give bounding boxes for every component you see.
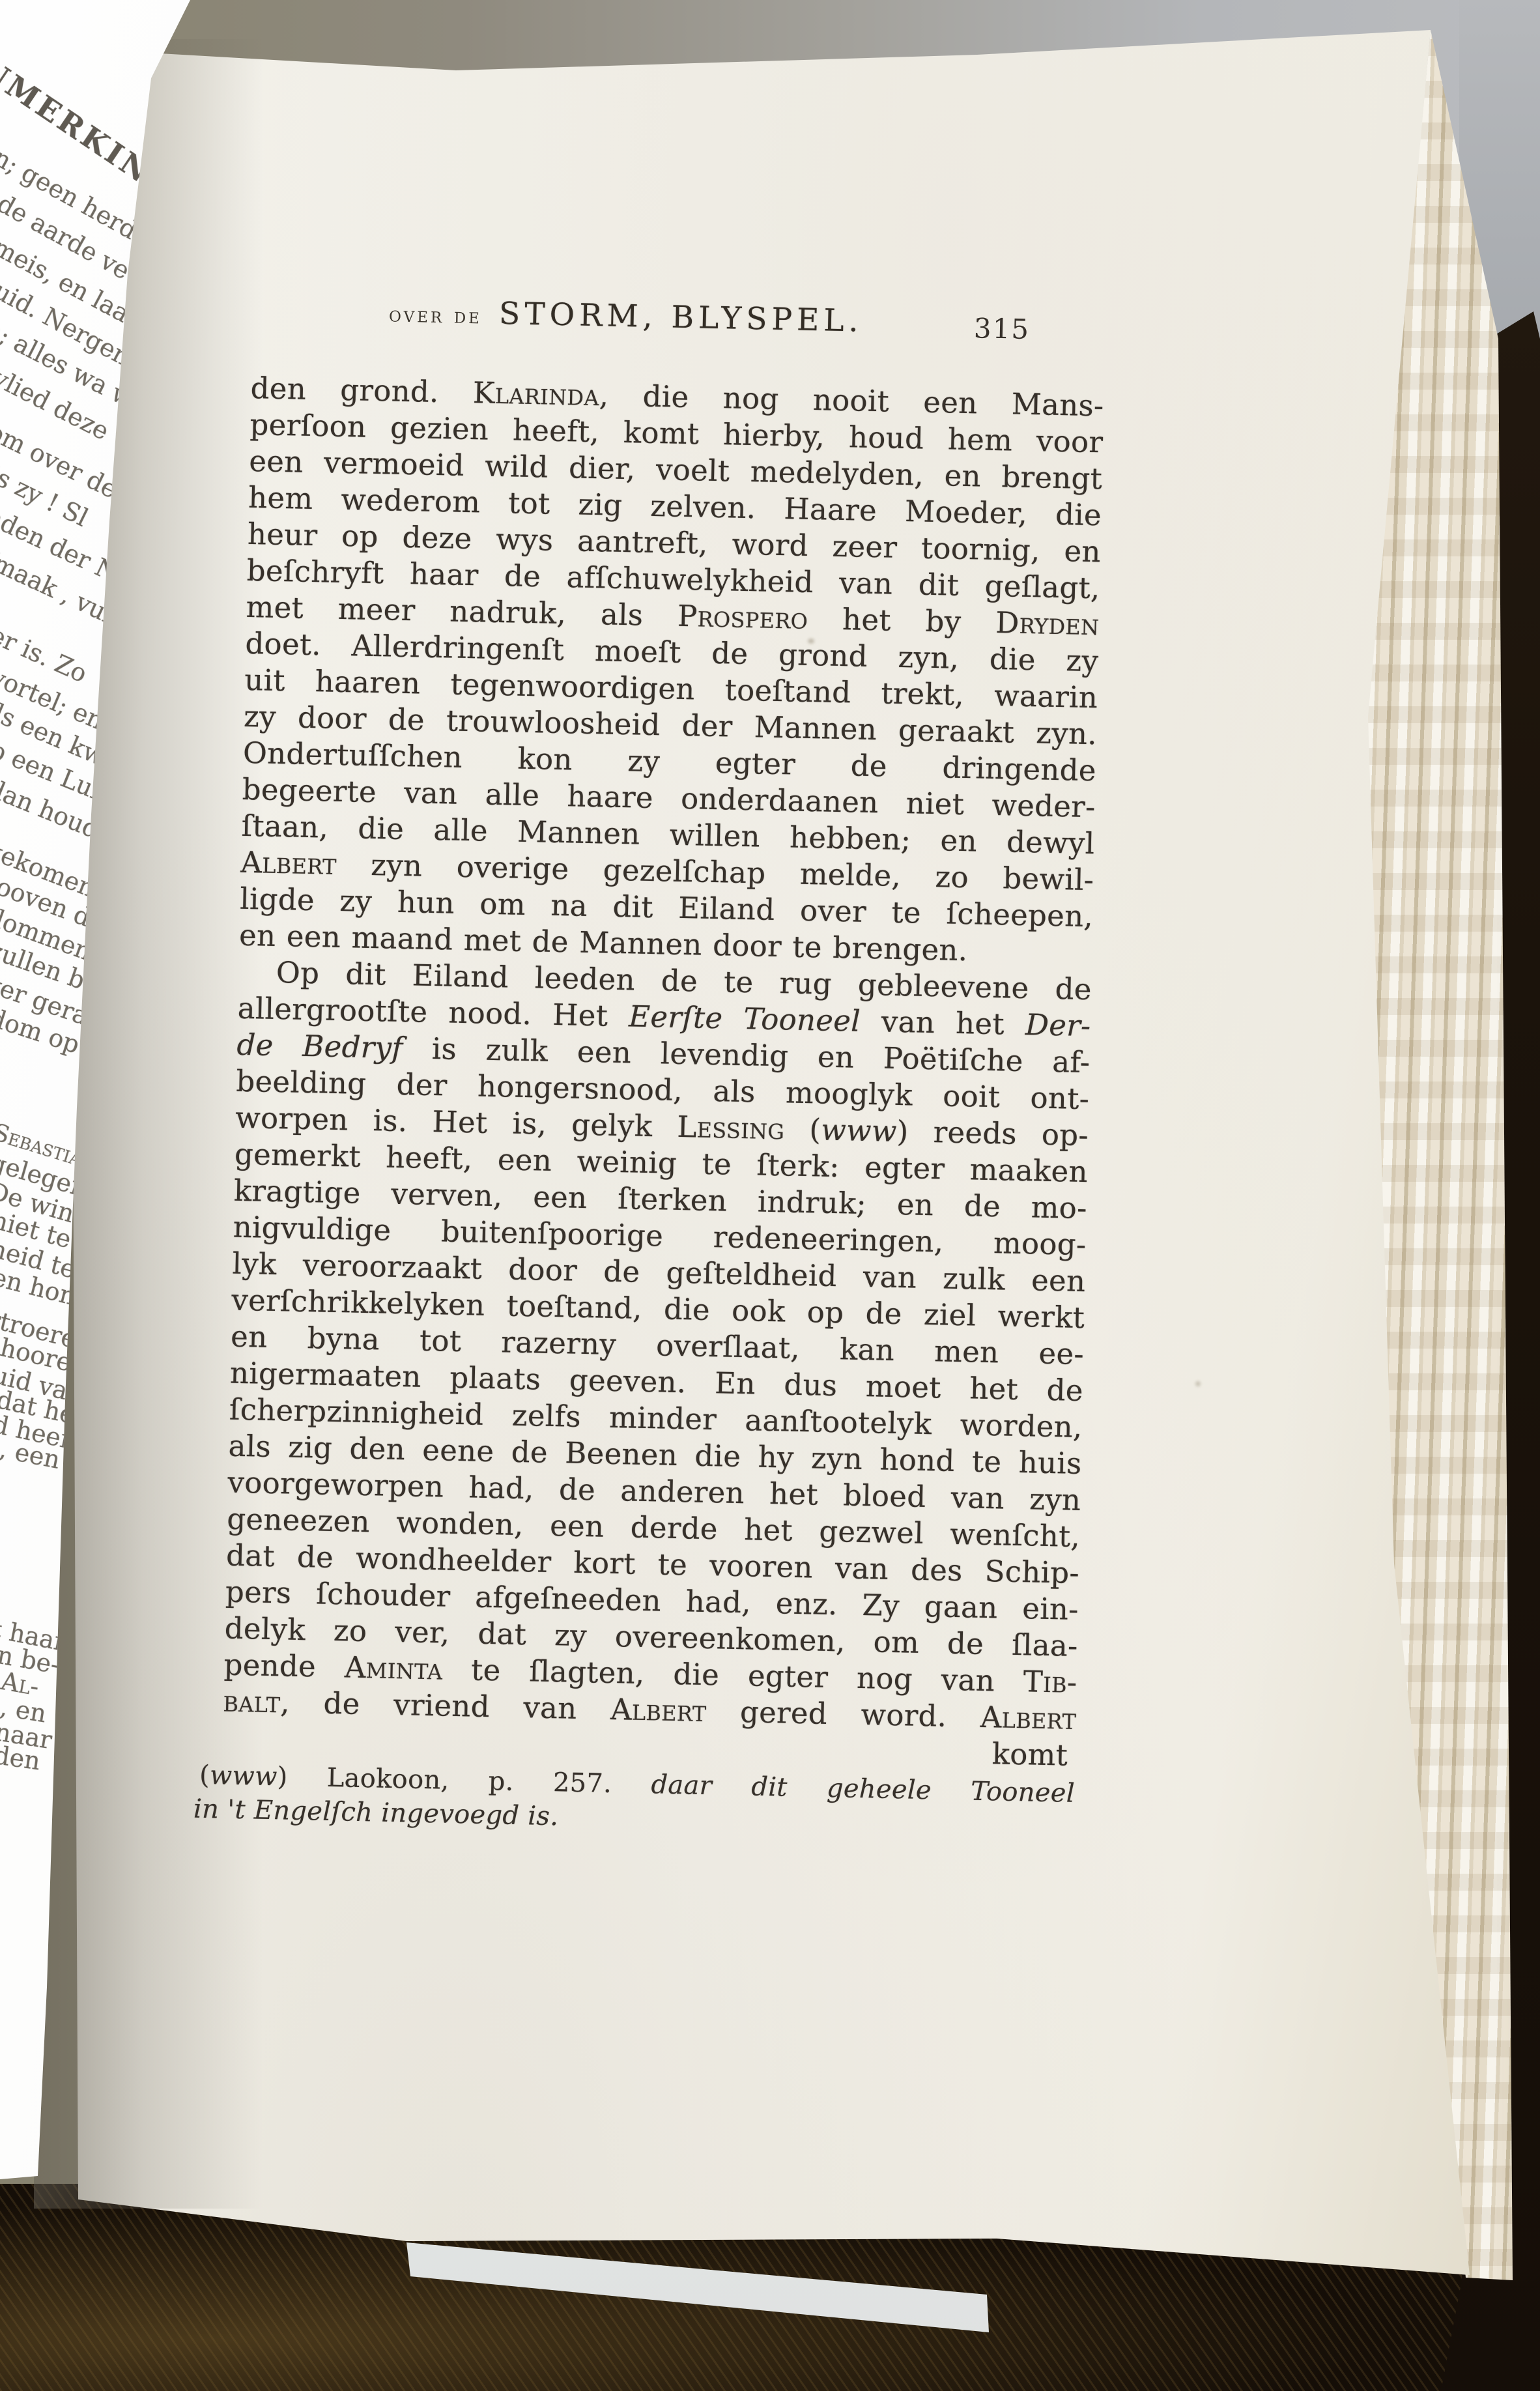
printed-text-block: over de STORM, BLYSPEL. 315 den grond. K… — [220, 287, 1105, 1844]
paper-speckle — [808, 638, 814, 644]
header-section-label: over de — [389, 301, 483, 328]
body-text: den grond. Klarinda, die nog nooit een M… — [223, 370, 1104, 1738]
left-page-text-fragment: den — [0, 1741, 42, 1775]
page-number: 315 — [973, 312, 1030, 345]
paper-speckle — [1195, 1381, 1201, 1386]
header-title: STORM, BLYSPEL. — [499, 296, 864, 339]
photo-of-book-page: { "colors": { "page_paper": "#f2f0e9", "… — [0, 0, 1540, 2391]
